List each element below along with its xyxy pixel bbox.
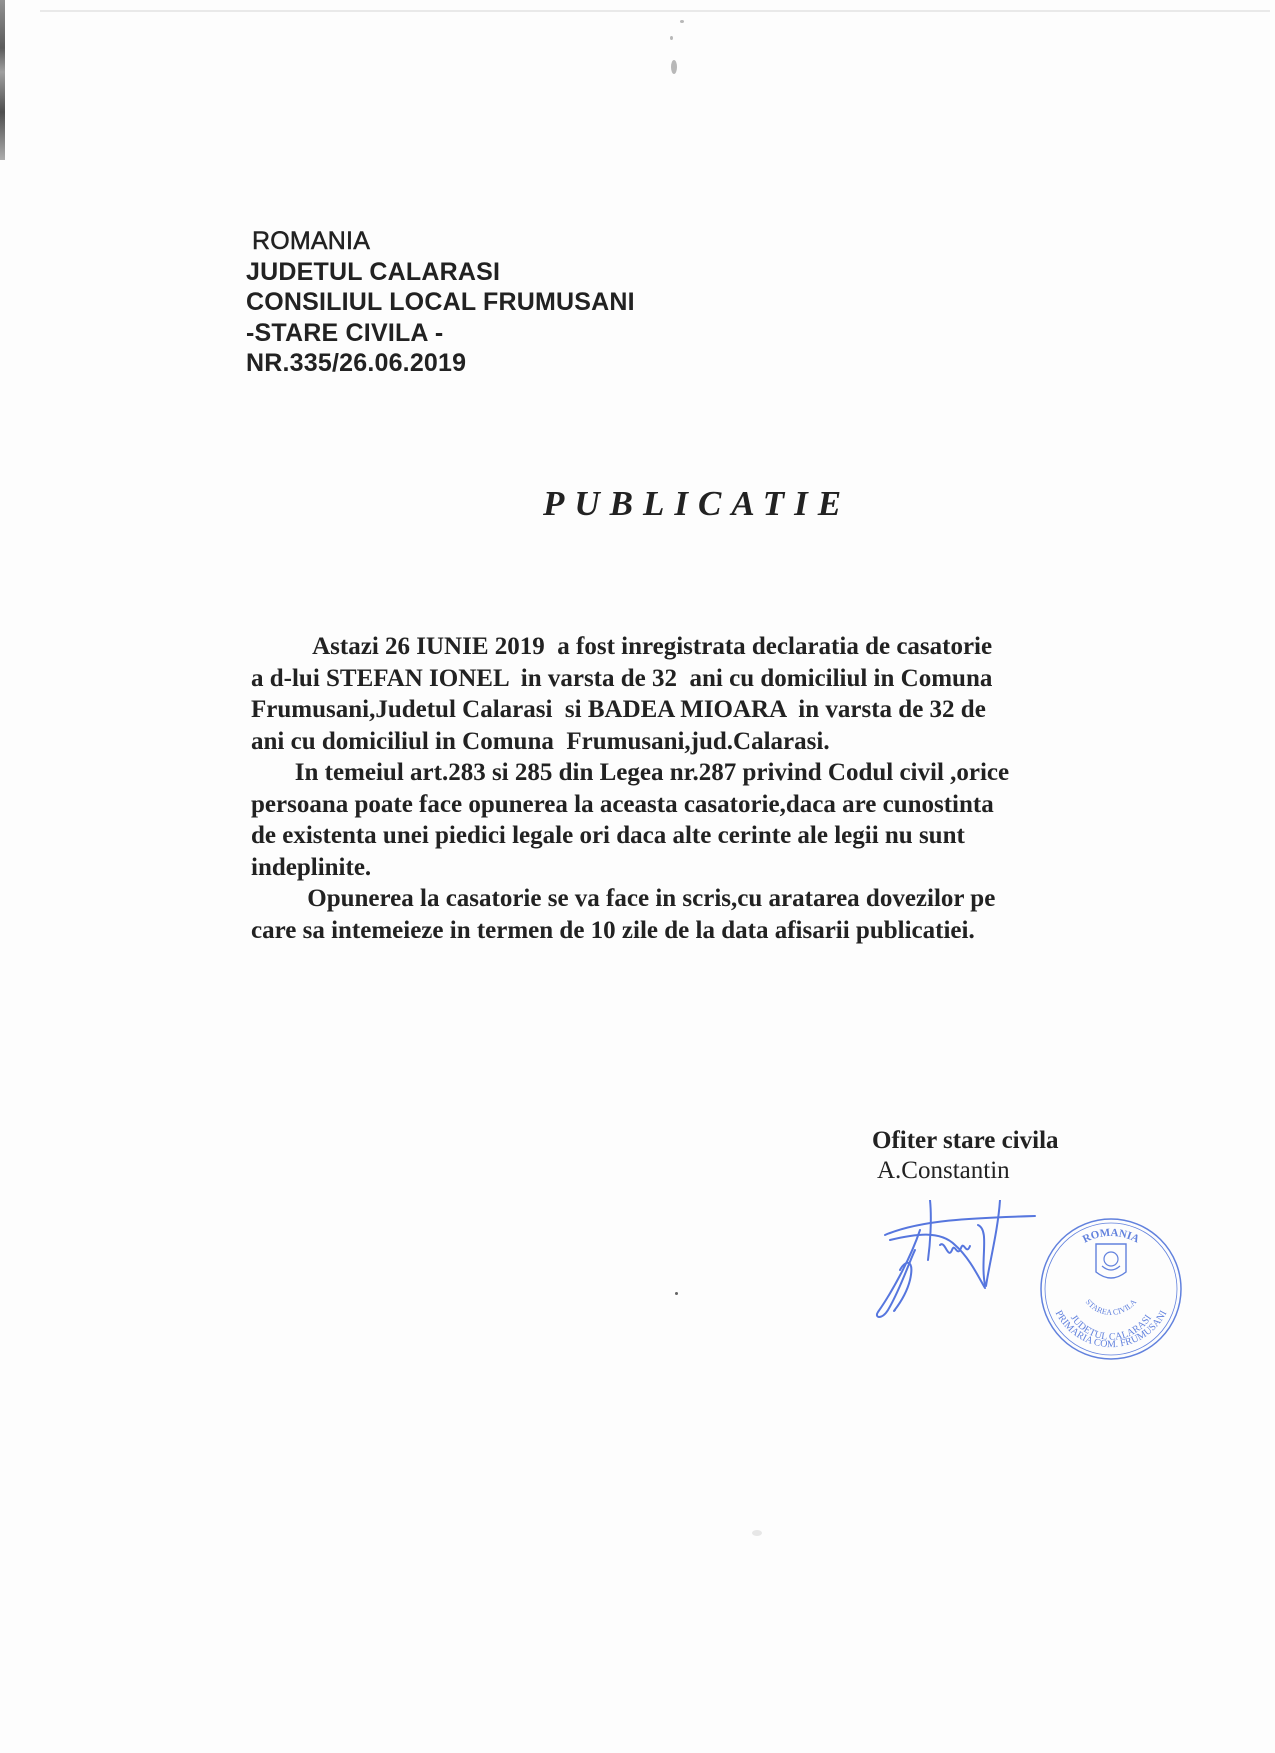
body-line: care sa intemeieze in termen de 10 zile … bbox=[251, 915, 1131, 947]
body-line: indeplinite. bbox=[251, 852, 1131, 884]
scan-edge-left bbox=[0, 0, 5, 160]
official-stamp: ROMANIA PRIMARIA COM. FRUMUSANI JUDETUL … bbox=[1036, 1214, 1186, 1364]
scan-speck bbox=[670, 36, 673, 40]
scan-edge-top bbox=[40, 10, 1270, 12]
body-line: Astazi 26 IUNIE 2019 a fost inregistrata… bbox=[251, 631, 1131, 663]
body-line: a d-lui STEFAN IONEL in varsta de 32 ani… bbox=[251, 663, 1131, 695]
header-country: ROMANIA bbox=[246, 226, 635, 257]
handwritten-signature bbox=[860, 1200, 1050, 1330]
body-line: de existenta unei piedici legale ori dac… bbox=[251, 820, 1131, 852]
svg-text:ROMANIA: ROMANIA bbox=[1081, 1227, 1142, 1246]
signature-block: Ofiter stare civila A.Constantin bbox=[872, 1126, 1059, 1186]
scan-speck bbox=[671, 60, 677, 74]
signer-role: Ofiter stare civila bbox=[872, 1126, 1059, 1156]
scan-speck bbox=[752, 1530, 762, 1536]
body-line: persoana poate face opunerea la aceasta … bbox=[251, 789, 1131, 821]
document-header: ROMANIA JUDETUL CALARASI CONSILIUL LOCAL… bbox=[246, 226, 635, 379]
header-department: -STARE CIVILA - bbox=[246, 318, 635, 349]
header-county: JUDETUL CALARASI bbox=[246, 257, 635, 288]
header-reference-number: NR.335/26.06.2019 bbox=[246, 348, 635, 379]
document-title: PUBLICATIE bbox=[543, 484, 851, 524]
body-line: Frumusani,Judetul Calarasi si BADEA MIOA… bbox=[251, 694, 1131, 726]
scan-speck bbox=[680, 20, 684, 23]
svg-text:STAREA CIVILA: STAREA CIVILA bbox=[1084, 1297, 1139, 1317]
header-council: CONSILIUL LOCAL FRUMUSANI bbox=[246, 287, 635, 318]
body-line: Opunerea la casatorie se va face in scri… bbox=[251, 883, 1131, 915]
body-line: In temeiul art.283 si 285 din Legea nr.2… bbox=[251, 757, 1131, 789]
scan-speck bbox=[675, 1292, 678, 1295]
signer-name: A.Constantin bbox=[872, 1156, 1059, 1186]
body-line: ani cu domiciliul in Comuna Frumusani,ju… bbox=[251, 726, 1131, 758]
document-body: Astazi 26 IUNIE 2019 a fost inregistrata… bbox=[251, 631, 1131, 946]
